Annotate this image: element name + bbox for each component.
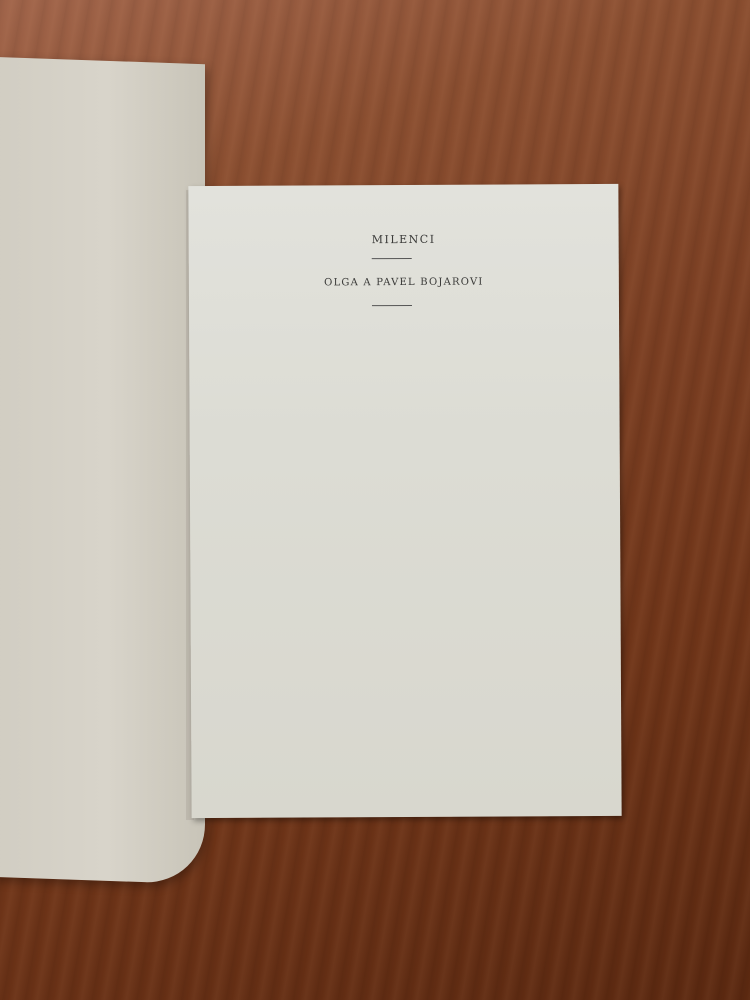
divider-bottom xyxy=(372,305,412,306)
right-page: MILENCI OLGA A PAVEL BOJAROVI xyxy=(188,184,621,818)
left-page xyxy=(0,56,205,885)
divider-top xyxy=(372,258,412,259)
page-title: MILENCI xyxy=(189,232,619,247)
page-subtitle: OLGA A PAVEL BOJAROVI xyxy=(189,276,619,289)
